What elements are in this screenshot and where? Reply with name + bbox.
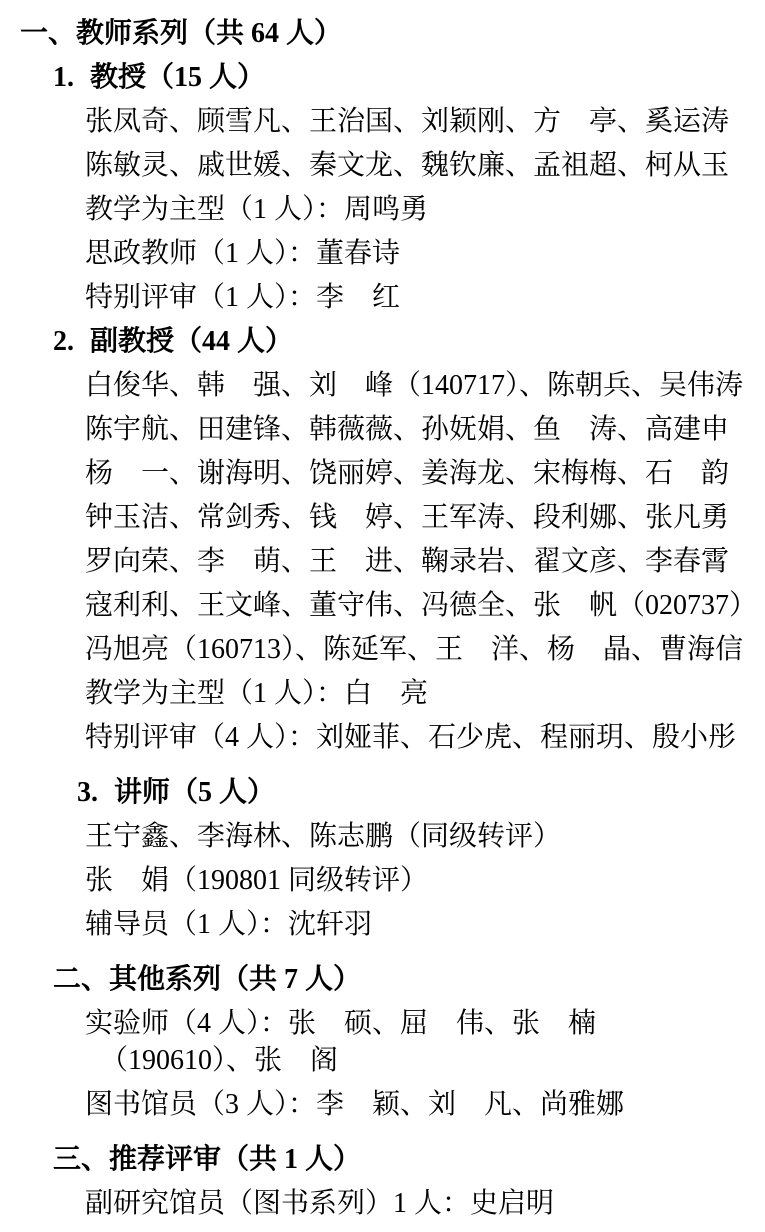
rank-label: 讲师（5 人） (114, 777, 275, 808)
subcategory-librarian-line: 图书馆员（3 人）：李 颖、刘 凡、尚雅娜 (85, 1083, 765, 1127)
rank-number: 2. (53, 320, 74, 364)
name-list-line: 张凤奇、顾雪凡、王治国、刘颖刚、方 亭、奚运涛 (85, 100, 765, 144)
name-list-line: 杨 一、谢海明、饶丽婷、姜海龙、宋梅梅、石 韵 (85, 452, 765, 496)
name-list-line: 寇利利、王文峰、董守伟、冯德全、张 帆（020737） (85, 584, 765, 628)
subcategory-counselor-line: 辅导员（1 人）：沈轩羽 (85, 903, 765, 947)
name-list-line: 冯旭亮（160713）、陈延军、王 洋、杨 晶、曹海信 (85, 628, 765, 672)
name-list-line: 张 娟（190801 同级转评） (85, 859, 765, 903)
subcategory-special-review-line: 特别评审（1 人）：李 红 (85, 276, 765, 320)
subcategory-teaching-type-line: 教学为主型（1 人）：白 亮 (85, 672, 765, 716)
section-heading-teacher-series: 一、教师系列（共 64 人） (20, 12, 765, 56)
subcategory-special-review-line: 特别评审（4 人）：刘娅菲、石少虎、程丽玥、殷小彤 (85, 716, 765, 760)
rank-label: 教授（15 人） (90, 62, 265, 93)
section-heading-other-series: 二、其他系列（共 7 人） (53, 958, 765, 1002)
subcategory-teaching-type-line: 教学为主型（1 人）：周鸣勇 (85, 188, 765, 232)
rank-heading-professor: 1.教授（15 人） (53, 56, 765, 100)
rank-label: 副教授（44 人） (90, 326, 293, 357)
name-list-line: 陈宇航、田建锋、韩薇薇、孙妩娟、鱼 涛、高建申 (85, 408, 765, 452)
section-heading-recommended-review: 三、推荐评审（共 1 人） (53, 1138, 765, 1182)
document-page: 一、教师系列（共 64 人） 1.教授（15 人） 张凤奇、顾雪凡、王治国、刘颖… (0, 0, 765, 1232)
name-list-line: 王宁鑫、李海林、陈志鹏（同级转评） (85, 815, 765, 859)
rank-heading-associate-professor: 2.副教授（44 人） (53, 320, 765, 364)
name-list-line: 钟玉洁、常剑秀、钱 婷、王军涛、段利娜、张凡勇 (85, 496, 765, 540)
rank-number: 3. (77, 771, 98, 815)
rank-heading-lecturer: 3.讲师（5 人） (77, 771, 765, 815)
name-list-line: 白俊华、韩 强、刘 峰（140717）、陈朝兵、吴伟涛 (85, 364, 765, 408)
subcategory-associate-research-librarian-line: 副研究馆员（图书系列）1 人：史启明 (85, 1182, 765, 1226)
name-list-line: 陈敏灵、戚世媛、秦文龙、魏钦廉、孟祖超、柯从玉 (85, 144, 765, 188)
rank-number: 1. (53, 56, 74, 100)
name-list-line: 罗向荣、李 萌、王 进、鞠录岩、翟文彦、李春霄 (85, 540, 765, 584)
subcategory-ideological-teacher-line: 思政教师（1 人）：董春诗 (85, 232, 765, 276)
